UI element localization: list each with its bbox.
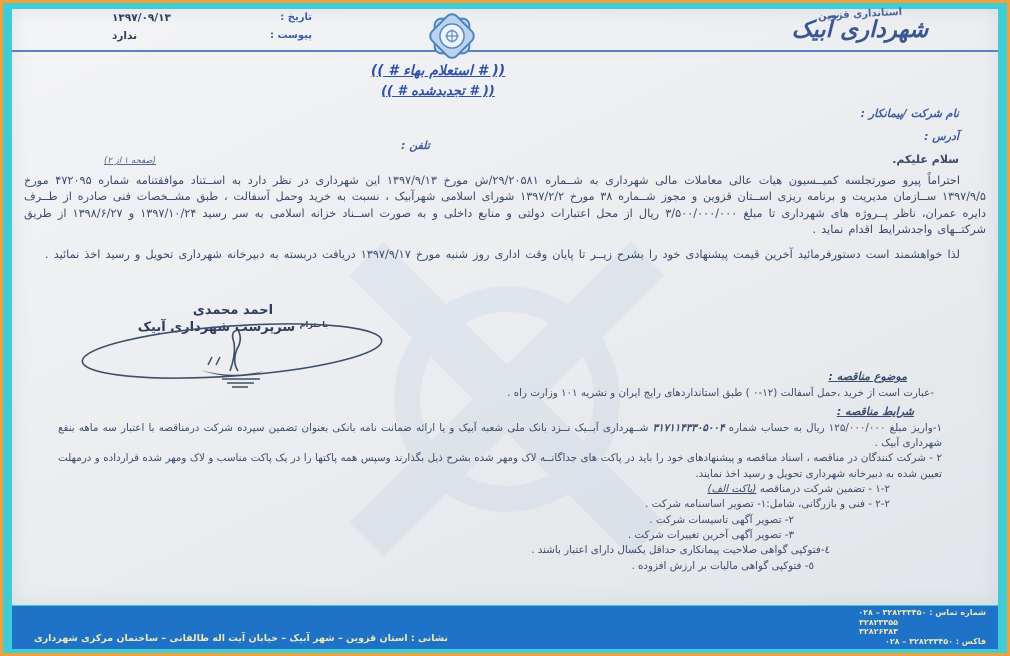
signature-respect-prefix: باحترام — [300, 320, 329, 329]
condition-item-2-2: ۲-۲ - فنی و بازرگانی، شامل:۱- تصویر اساس… — [58, 497, 942, 512]
tender-section: موضوع مناقصه : -عبارت است از خرید ،حمل آ… — [58, 367, 942, 574]
letter-title: (( # استعلام بهاء # )) (( # تجدیدشده # )… — [0, 63, 931, 99]
letter-body: احتراماً پیرو صورتجلسه کمیــسیون هیات عا… — [24, 173, 986, 263]
footer-phone-1: ۳۲۸۲۳۳۴۵۰ – ۰۲۸ — [858, 608, 926, 617]
condition-1-text: ۱-واریز مبلغ ۱۲۵/۰۰۰/۰۰۰ ریال به حساب شم… — [725, 422, 942, 434]
condition-item-4: ٤-فتوکپی گواهی صلاحیت پیمانکاری حداقل یک… — [58, 543, 942, 558]
letterhead: تاریخ : ۱۳۹۷/۰۹/۱۳ پیوست : ندارد استاندا… — [12, 9, 998, 52]
packet-alef-label: (پاکت الف) — [707, 483, 756, 495]
document-paper: تاریخ : ۱۳۹۷/۰۹/۱۳ پیوست : ندارد استاندا… — [12, 9, 998, 605]
title-renewed: (( # تجدیدشده # )) — [0, 84, 931, 99]
footer-phone-label: شماره تماس : — [929, 608, 986, 617]
organization-block: استانداری قزوین شهرداری آبیک — [740, 9, 980, 43]
footer-phone-2: ۳۲۸۲۳۳۵۵ — [686, 618, 898, 628]
signer-title-text: سرپرست شهرداری آبیک — [138, 320, 295, 335]
footer-phone-3: ۳۲۸۲۶۳۸۳ — [686, 627, 898, 637]
condition-subitem-2: ۲- تصویر آگهی تاسیسات شرکت . — [58, 513, 942, 528]
date-label: تاریخ : — [280, 12, 312, 24]
condition-item-2: ۲ - شرکت کنندگان در مناقصه ، اسناد مناقص… — [58, 451, 942, 482]
bank-account-number: ۳۱۷۱۱۴۳۳۰۵۰۰۴ — [653, 422, 725, 434]
company-name-label: نام شرکت /پیمانکار : — [861, 107, 959, 120]
body-paragraph-2: لذا خواهشمند است دستورفرمائید آخرین قیمت… — [24, 247, 986, 263]
condition-item-5: ٥- فتوکپی گواهی مالیات بر ارزش افزوده . — [58, 559, 942, 574]
attachment-label: پیوست : — [270, 30, 312, 42]
condition-2-1-text: ۱-۲ - تضمین شرکت درمناقصه — [756, 483, 890, 495]
phone-label: تلفن : — [401, 139, 430, 152]
attachment-value: ندارد — [112, 30, 137, 42]
footer-fax-line: فاکس : ۳۲۸۲۳۳۴۵۰ – ۰۲۸ — [686, 637, 986, 647]
footer-bar: شماره تماس : ۳۲۸۲۳۳۴۵۰ – ۰۲۸ ۳۲۸۲۳۳۵۵ ۳۲… — [12, 606, 998, 649]
footer-address: نشانی : استان قزوین – شهر آبیک – خیابان … — [34, 633, 448, 644]
greeting-text: سلام علیکم. — [861, 153, 959, 166]
address-label: آدرس : — [861, 130, 959, 143]
footer-phone-line: شماره تماس : ۳۲۸۲۳۳۴۵۰ – ۰۲۸ — [686, 608, 986, 618]
letter-meta: تاریخ : ۱۳۹۷/۰۹/۱۳ پیوست : ندارد — [112, 12, 312, 48]
signer-name: احمد محمدی — [78, 303, 388, 318]
signer-title: باحترام سرپرست شهرداری آبیک — [78, 320, 388, 335]
municipality-logo-icon — [421, 9, 483, 63]
page-marker: (صفحه ۱ از ۲) — [104, 156, 156, 166]
recipient-fields: نام شرکت /پیمانکار : آدرس : سلام علیکم. — [861, 107, 959, 166]
footer-contact-block: شماره تماس : ۳۲۸۲۳۳۴۵۰ – ۰۲۸ ۳۲۸۲۳۳۵۵ ۳۲… — [686, 608, 986, 646]
tender-subject-heading: موضوع مناقصه : — [58, 369, 907, 384]
scanned-letter-page: تاریخ : ۱۳۹۷/۰۹/۱۳ پیوست : ندارد استاندا… — [0, 0, 1010, 656]
tender-conditions-heading: شرایط مناقصه : — [58, 404, 914, 419]
footer-fax-number: ۳۲۸۲۳۳۴۵۰ – ۰۲۸ — [885, 637, 953, 646]
condition-item-2-1: ۱-۲ - تضمین شرکت درمناقصه (پاکت الف) — [58, 482, 942, 497]
title-price-inquiry: (( # استعلام بهاء # )) — [0, 63, 931, 79]
date-value: ۱۳۹۷/۰۹/۱۳ — [112, 12, 171, 24]
signature-block: احمد محمدی باحترام سرپرست شهرداری آبیک — [78, 303, 388, 335]
tender-subject-text: -عبارت است از خرید ،حمل آسفالت (۱۲-۰ ) ط… — [58, 386, 934, 401]
footer-fax-label: فاکس : — [956, 637, 986, 646]
condition-subitem-3: ۳- تصویر آگهی آخرین تغییرات شرکت . — [58, 528, 942, 543]
date-row: تاریخ : ۱۳۹۷/۰۹/۱۳ — [112, 12, 312, 24]
body-paragraph-1: احتراماً پیرو صورتجلسه کمیــسیون هیات عا… — [24, 173, 986, 239]
condition-item-1: ۱-واریز مبلغ ۱۲۵/۰۰۰/۰۰۰ ریال به حساب شم… — [58, 421, 942, 452]
attachment-row: پیوست : ندارد — [112, 30, 312, 42]
